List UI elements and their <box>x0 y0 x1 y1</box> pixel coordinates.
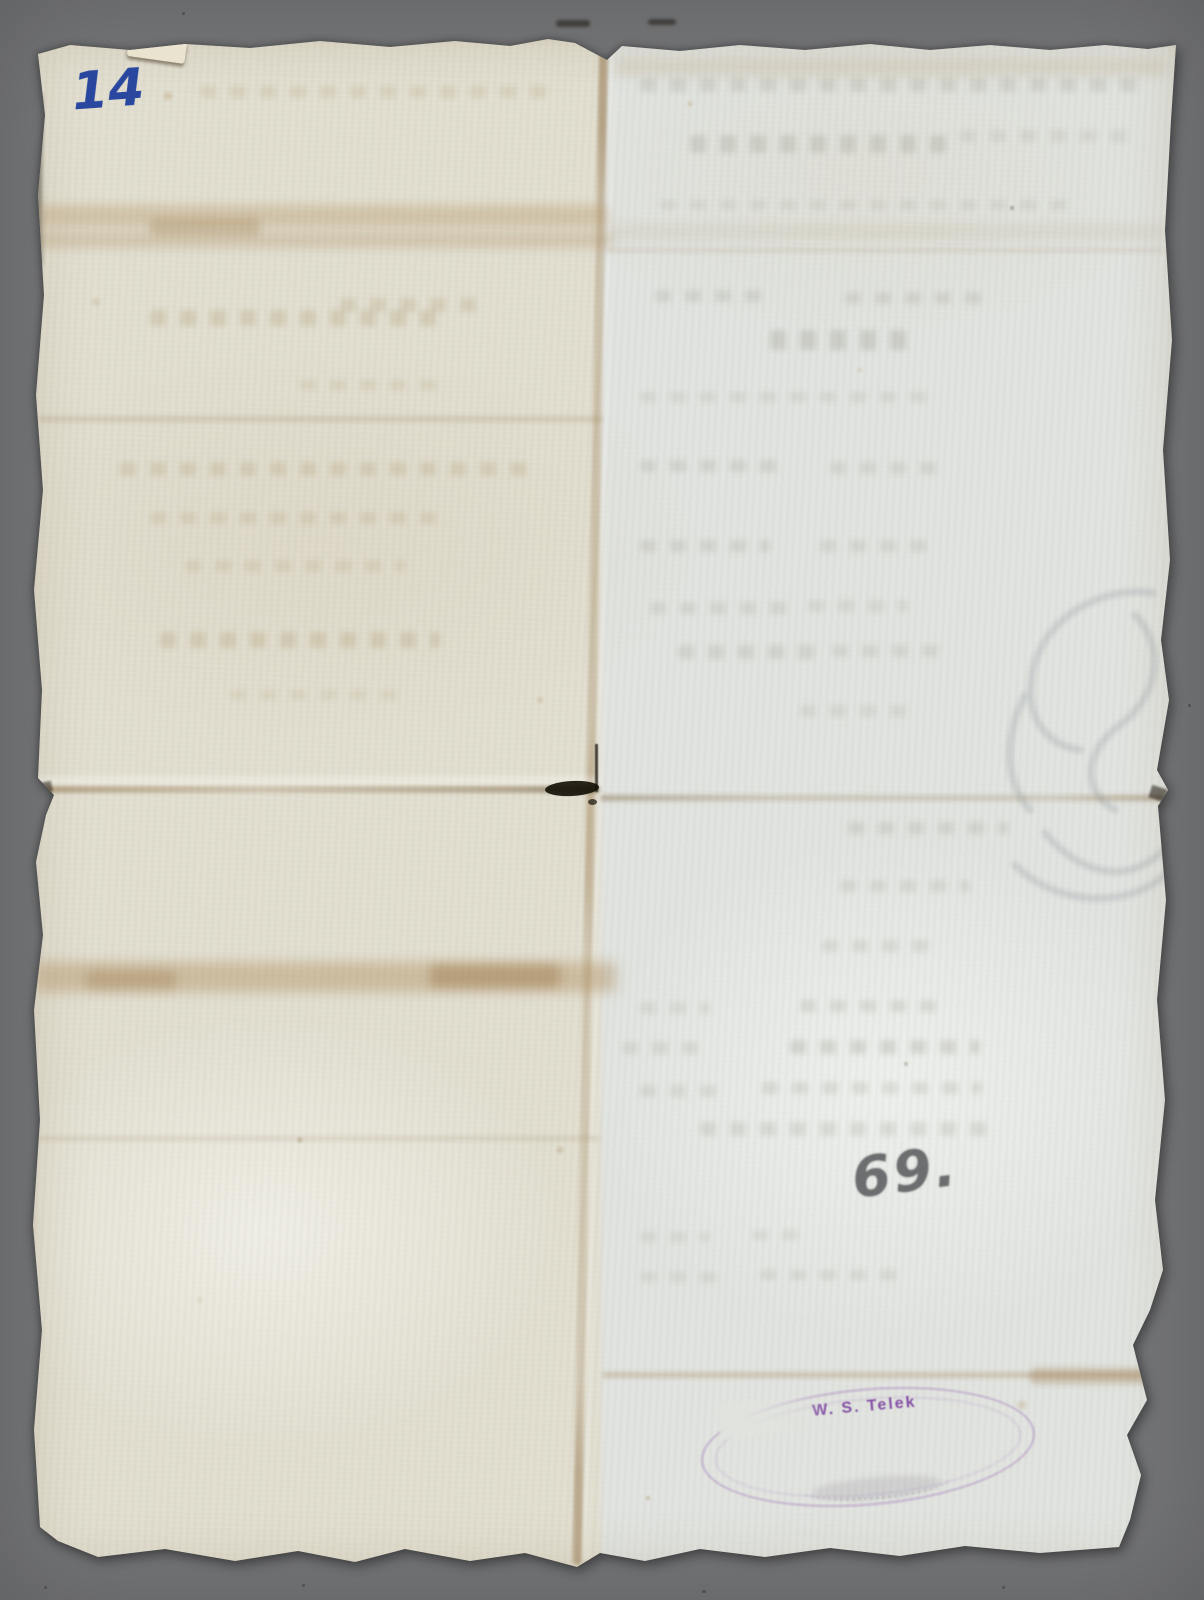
ghost-text-line <box>760 1270 900 1280</box>
stain-band-faint <box>608 225 1165 239</box>
ghost-text-line <box>960 130 1130 142</box>
stain-band-faint <box>615 58 1165 76</box>
ghost-text-line <box>640 1272 730 1282</box>
ghost-text-line <box>640 460 780 472</box>
stain-band <box>38 205 608 227</box>
ghost-text-line <box>640 1232 710 1242</box>
ghost-text-line <box>640 1002 710 1014</box>
archive-number-pencil: 69. <box>848 1134 961 1210</box>
ghost-signature-blob <box>770 330 920 350</box>
ghost-text-line <box>678 645 828 659</box>
ghost-text-line <box>690 135 950 153</box>
ghost-text-line <box>822 940 932 952</box>
ghost-text-line <box>640 78 1140 92</box>
document-page: 14 69. W. S. Telek <box>0 0 1204 1600</box>
ghost-text-line <box>340 298 490 312</box>
stain-knot <box>86 970 176 990</box>
fold-highlight-horizontal <box>38 776 600 786</box>
stain-band <box>38 232 613 248</box>
ghost-text-line <box>845 292 985 304</box>
ghost-text-line <box>808 600 908 612</box>
ghost-text-line <box>650 602 790 614</box>
ghost-text-line <box>830 462 940 474</box>
ghost-text-line <box>655 290 775 302</box>
stain-knot <box>430 964 560 988</box>
paper-sheet-verso: 14 69. W. S. Telek <box>0 0 1204 1600</box>
centre-tear-dot <box>588 799 597 805</box>
ghost-text-line <box>200 86 560 98</box>
stain-knot <box>1030 1368 1155 1384</box>
ghost-text-line <box>640 392 940 402</box>
ghost-text-line <box>300 380 440 390</box>
ghost-text-line <box>800 705 910 717</box>
ghost-text-line <box>848 822 1008 834</box>
ghost-text-line <box>820 540 930 552</box>
fold-crease-minor <box>38 1136 600 1141</box>
ghost-text-line <box>640 540 770 552</box>
scanner-bed: 14 69. W. S. Telek <box>0 0 1204 1600</box>
ghost-text-line <box>660 200 1080 210</box>
ghost-text-line <box>790 1040 980 1054</box>
centre-tear-slit <box>595 744 598 792</box>
ghost-text-line <box>150 512 450 524</box>
ghost-text-line <box>185 560 405 572</box>
ghost-text-line <box>800 1000 950 1012</box>
ghost-text-line <box>120 462 540 476</box>
ghost-text-line <box>832 645 942 657</box>
edge-notch <box>37 781 53 795</box>
ghost-text-line <box>230 690 410 700</box>
folio-number-handwritten: 14 <box>70 58 146 123</box>
ghost-text-line <box>150 310 450 326</box>
fold-crease-minor <box>38 416 603 422</box>
ghost-text-line <box>752 1230 812 1240</box>
ghost-text-line <box>622 1042 712 1054</box>
ghost-text-line <box>160 632 440 648</box>
fold-crease-horizontal-left <box>38 786 600 793</box>
stain-knot <box>150 218 260 236</box>
fold-crease-minor <box>605 248 1163 253</box>
pencil-scribble <box>985 575 1185 915</box>
ghost-text-line <box>762 1082 982 1094</box>
ghost-text-line <box>840 880 970 892</box>
ghost-text-line <box>640 1085 730 1097</box>
